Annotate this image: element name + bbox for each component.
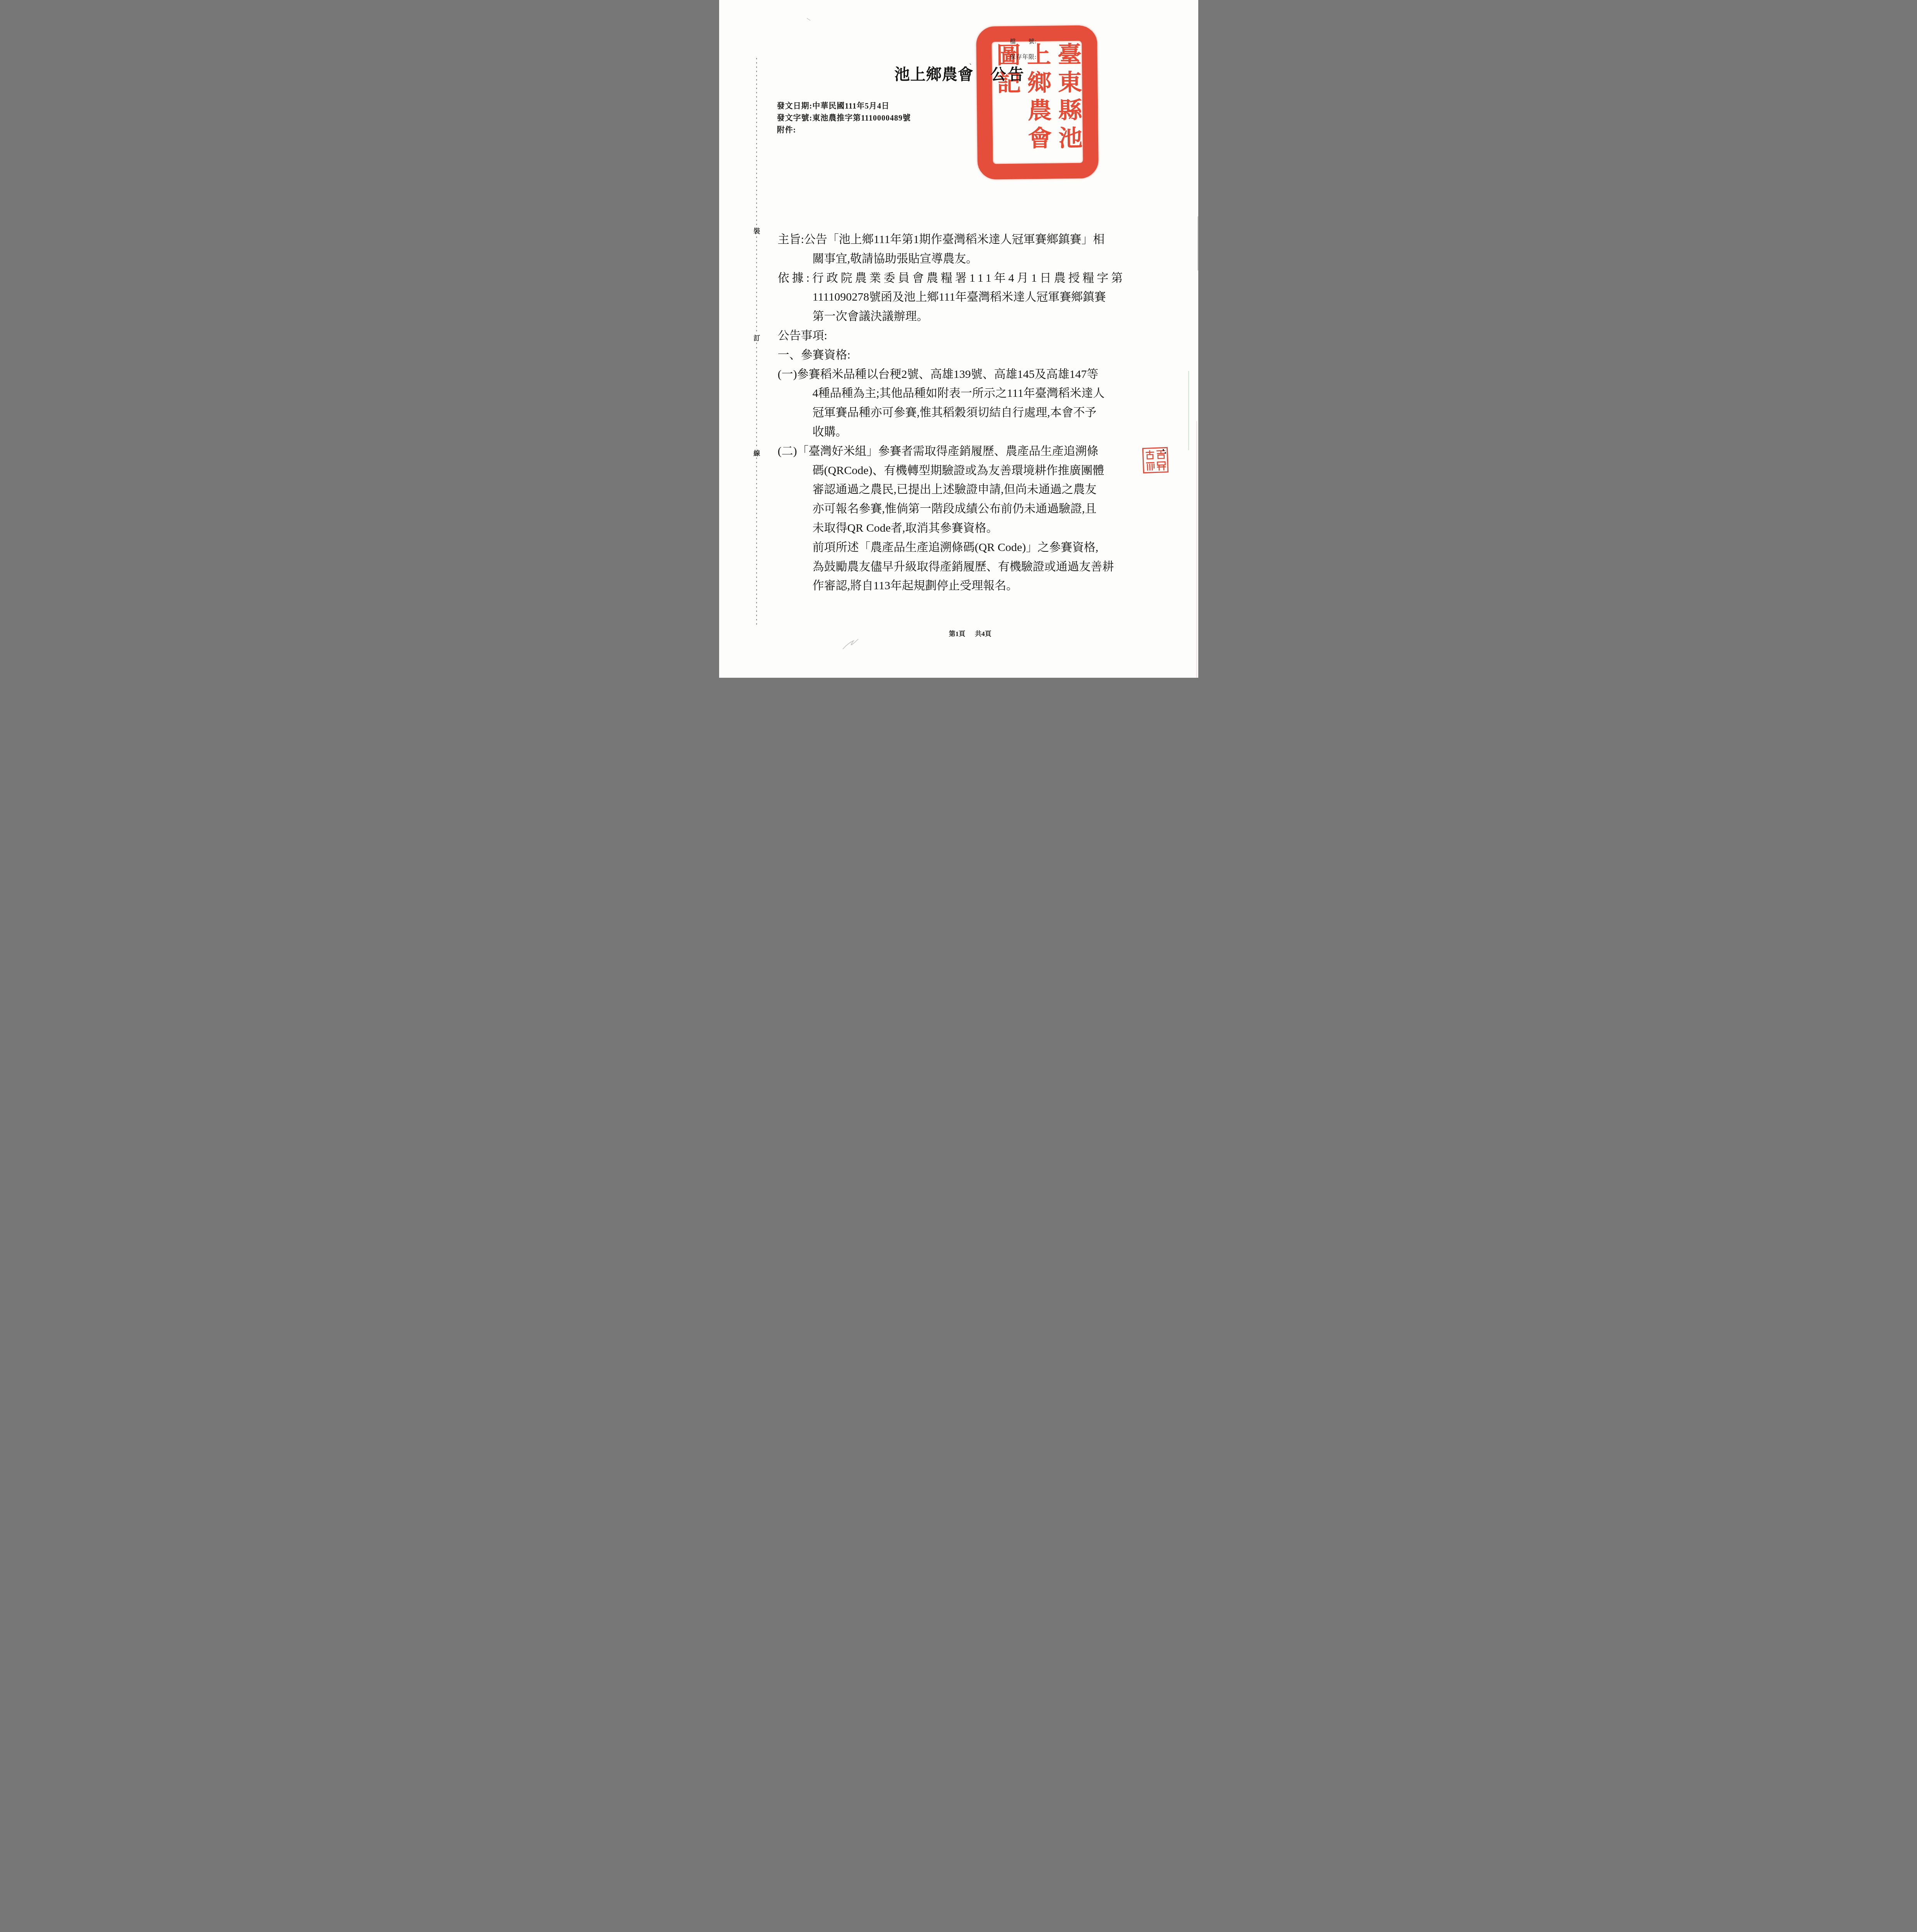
body-line: 收購。: [719, 422, 1198, 442]
body-line: (二)「臺灣好米組」參賽者需取得產銷履歷、農產品生產追溯條: [719, 442, 1198, 461]
issuing-organization: 池上鄉農會: [895, 66, 974, 83]
official-seal: 臺東縣池上鄉農會圖記: [976, 25, 1098, 179]
document-title: 池上鄉農會公告: [895, 66, 1026, 83]
document-meta: 發文日期:中華民國111年5月4日 發文字號:東池農推字第1110000489號…: [777, 100, 911, 136]
stray-mark: 、: [970, 58, 975, 66]
body-line: 為鼓勵農友儘早升級取得產銷履歷、有機驗證或通過友善耕: [719, 557, 1198, 577]
body-line: 一、參賽資格:: [719, 345, 1198, 365]
doc-number-line: 發文字號:東池農推字第1110000489號: [777, 112, 911, 124]
body-line: 未取得QR Code者,取消其參賽資格。: [719, 519, 1198, 538]
body-line: 4種品種為主;其他品種如附表一所示之111年臺灣稻米達人: [719, 384, 1198, 403]
body-line: 冠軍賽品種亦可參賽,惟其稻穀須切結自行處理,本會不予: [719, 403, 1198, 422]
body-line: 關事宜,敬請協助張貼宣導農友。: [719, 249, 1198, 269]
body-line: 第一次會議決議辦理。: [719, 307, 1198, 326]
retention-label: 保存年限:: [1010, 54, 1037, 60]
body-line: 作審認,將自113年起規劃停止受理報名。: [719, 576, 1198, 595]
attachment-line: 附件:: [777, 124, 911, 136]
body-line: 1111090278號函及池上鄉111年臺灣稻米達人冠軍賽鄉鎮賽: [719, 287, 1198, 307]
body-line: 前項所述「農產品生產追溯條碼(QR Code)」之參賽資格,: [719, 538, 1198, 557]
issue-date-line: 發文日期:中華民國111年5月4日: [777, 100, 911, 112]
document-page: 裝 訂 線 臺東縣池上鄉農會圖記 檔 號: 保存年限: 池上鄉農會公告 、 發文…: [719, 0, 1198, 678]
body-line: 主旨:公告「池上鄉111年第1期作臺灣稻米達人冠軍賽鄉鎮賽」相: [719, 230, 1198, 249]
page-number: 第1頁: [949, 630, 966, 638]
announcement-body: 主旨:公告「池上鄉111年第1期作臺灣稻米達人冠軍賽鄉鎮賽」相 關事宜,敬請協助…: [719, 230, 1198, 595]
body-line: 審認通過之農民,已提出上述驗證申請,但尚未通過之農友: [719, 480, 1198, 499]
body-line: 依據:行政院農業委員會農糧署111年4月1日農授糧字第: [719, 269, 1198, 288]
page-footer: 第1頁共4頁: [949, 628, 992, 638]
body-line: 亦可報名參賽,惟倘第一階段成績公布前仍未通過驗證,且: [719, 499, 1198, 519]
body-line: 公告事項:: [719, 326, 1198, 345]
file-number-label: 檔 號:: [1010, 39, 1037, 45]
official-seal-text: 臺東縣池上鄉農會圖記: [991, 41, 1084, 165]
body-line: 碼(QRCode)、有機轉型期驗證或為友善環境耕作推廣團體: [719, 461, 1198, 480]
total-pages: 共4頁: [975, 630, 992, 638]
body-line: (一)參賽稻米品種以台稉2號、高雄139號、高雄145及高雄147等: [719, 365, 1198, 384]
document-type-label: 公告: [991, 66, 1026, 83]
